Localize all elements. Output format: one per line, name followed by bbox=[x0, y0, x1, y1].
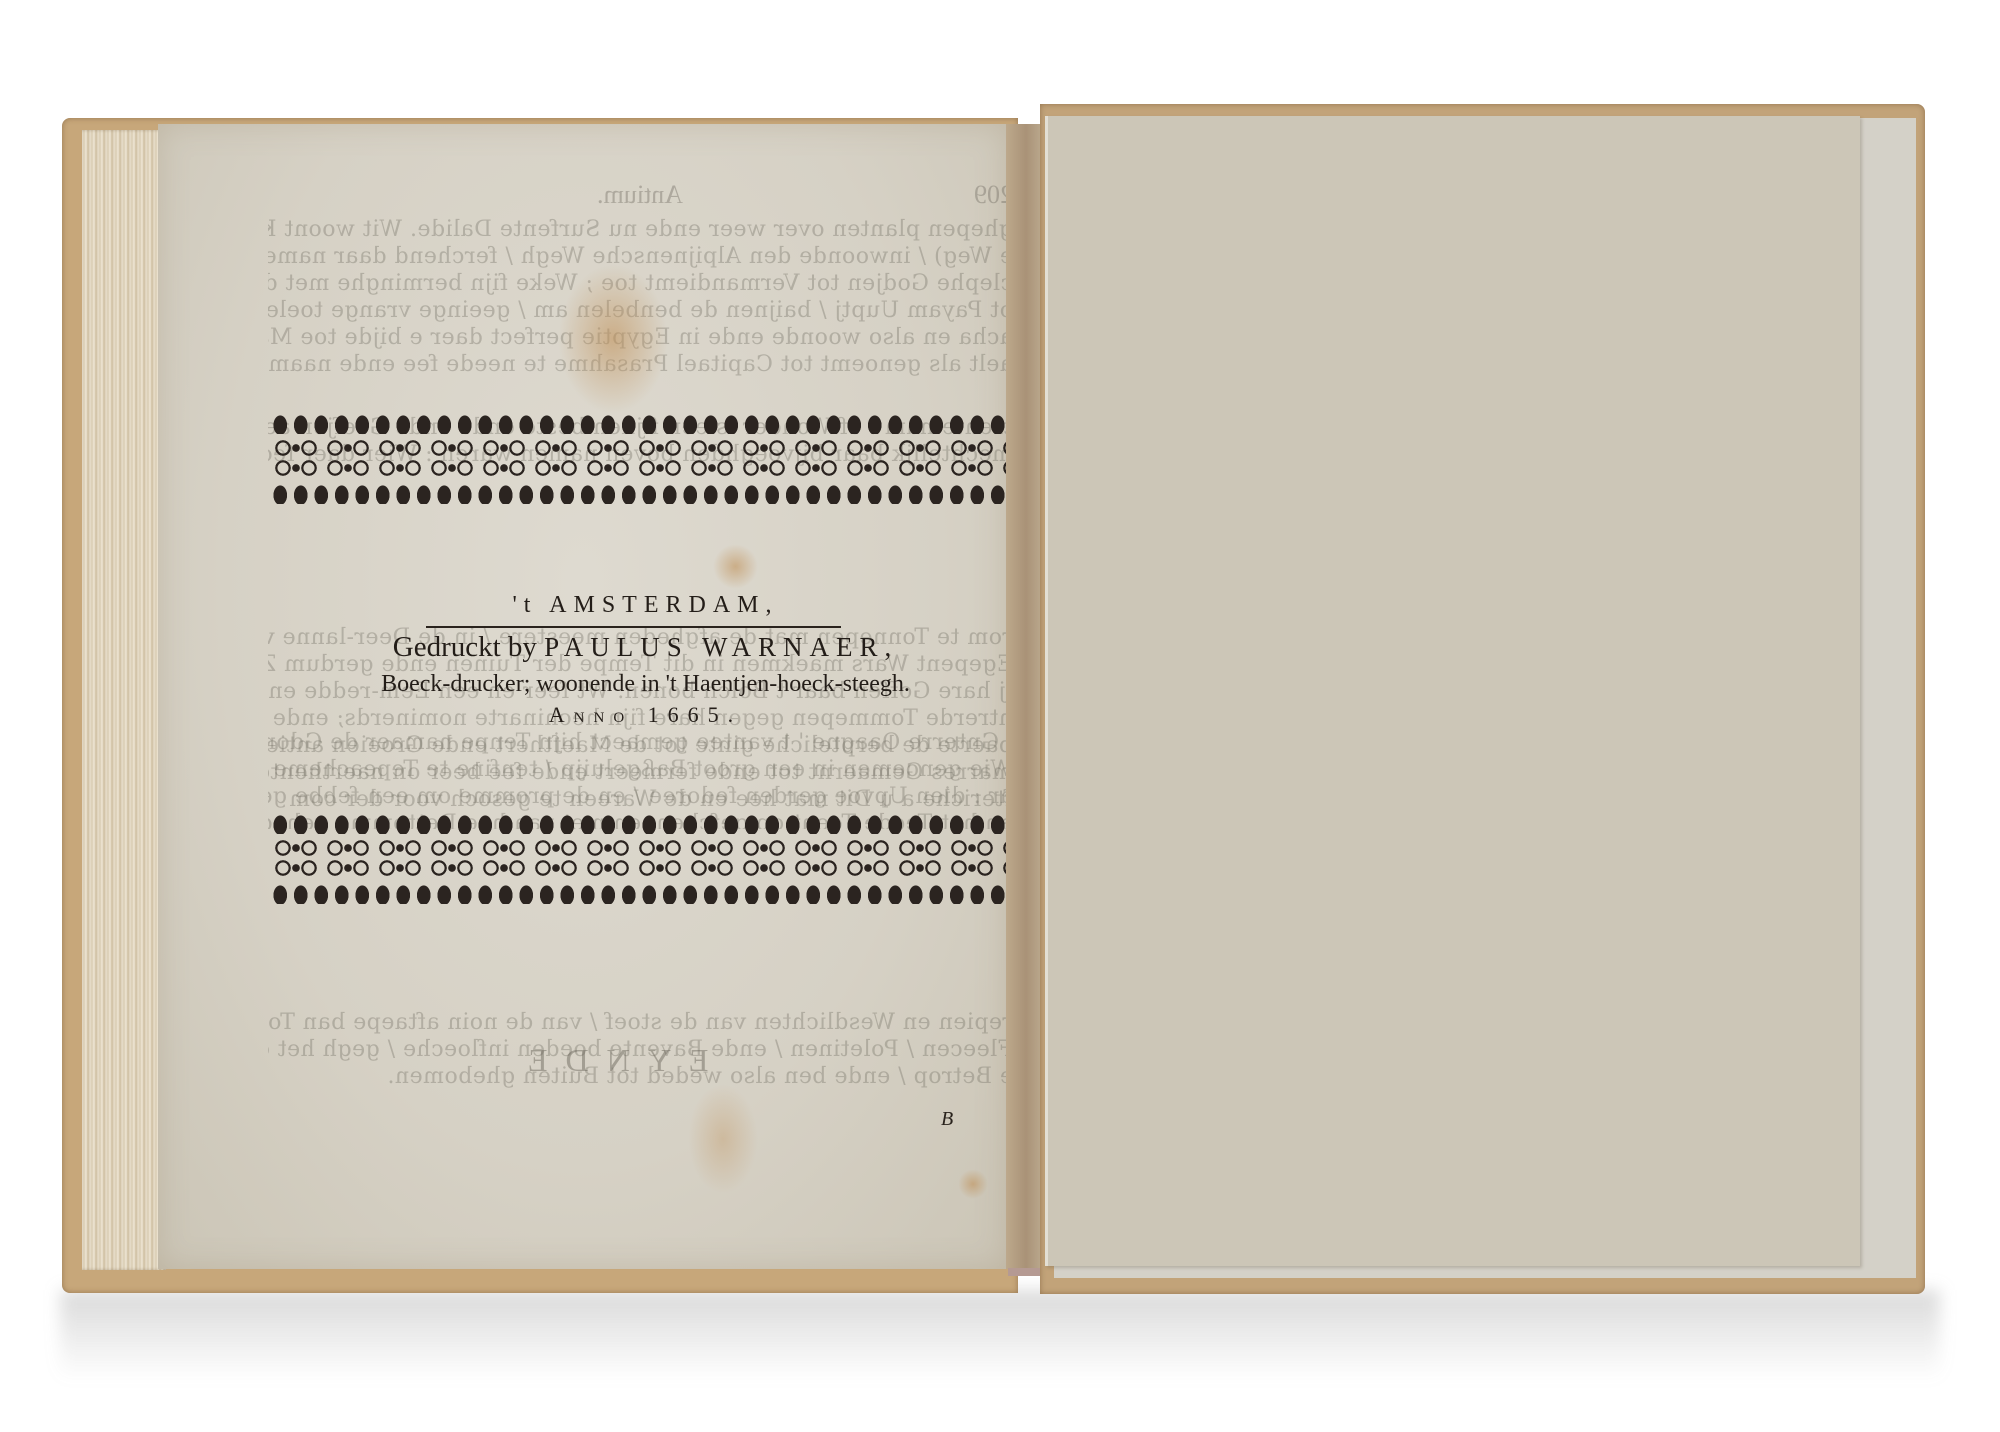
imprint-year: Anno 1665. bbox=[268, 702, 1023, 728]
foxing-stain bbox=[713, 544, 758, 589]
acorn-row bbox=[270, 812, 1025, 834]
imprint-address: Boeck-drucker; woonende in 't Haentjen-h… bbox=[268, 671, 1023, 698]
scroll-row bbox=[270, 838, 1025, 878]
ornamental-border-top bbox=[270, 412, 1025, 504]
acorn-row bbox=[270, 412, 1025, 434]
scroll-row bbox=[270, 438, 1025, 478]
signature-mark: B bbox=[941, 1108, 953, 1131]
left-page: Antium. 209 ghepen planten over weer end… bbox=[158, 124, 1006, 1269]
page-edges bbox=[82, 130, 166, 1270]
imprint-city: 't AMSTERDAM, bbox=[268, 592, 1023, 619]
foxing-stain bbox=[688, 1084, 758, 1194]
acorn-row bbox=[270, 482, 1025, 504]
ornamental-border-bottom bbox=[270, 812, 1025, 904]
show-through-eynde: EYNDE bbox=[510, 1042, 708, 1079]
foxing-stain bbox=[958, 1169, 988, 1199]
imprint-rule bbox=[426, 626, 841, 628]
acorn-row bbox=[270, 882, 1025, 904]
binding-thread bbox=[1008, 1268, 1042, 1276]
cast-shadow bbox=[60, 1290, 1940, 1380]
foxing-stain bbox=[558, 264, 668, 414]
right-blank-page bbox=[1045, 116, 1860, 1266]
imprint-printer: Gedruckt by PAULUS WARNAER, bbox=[268, 631, 1023, 664]
